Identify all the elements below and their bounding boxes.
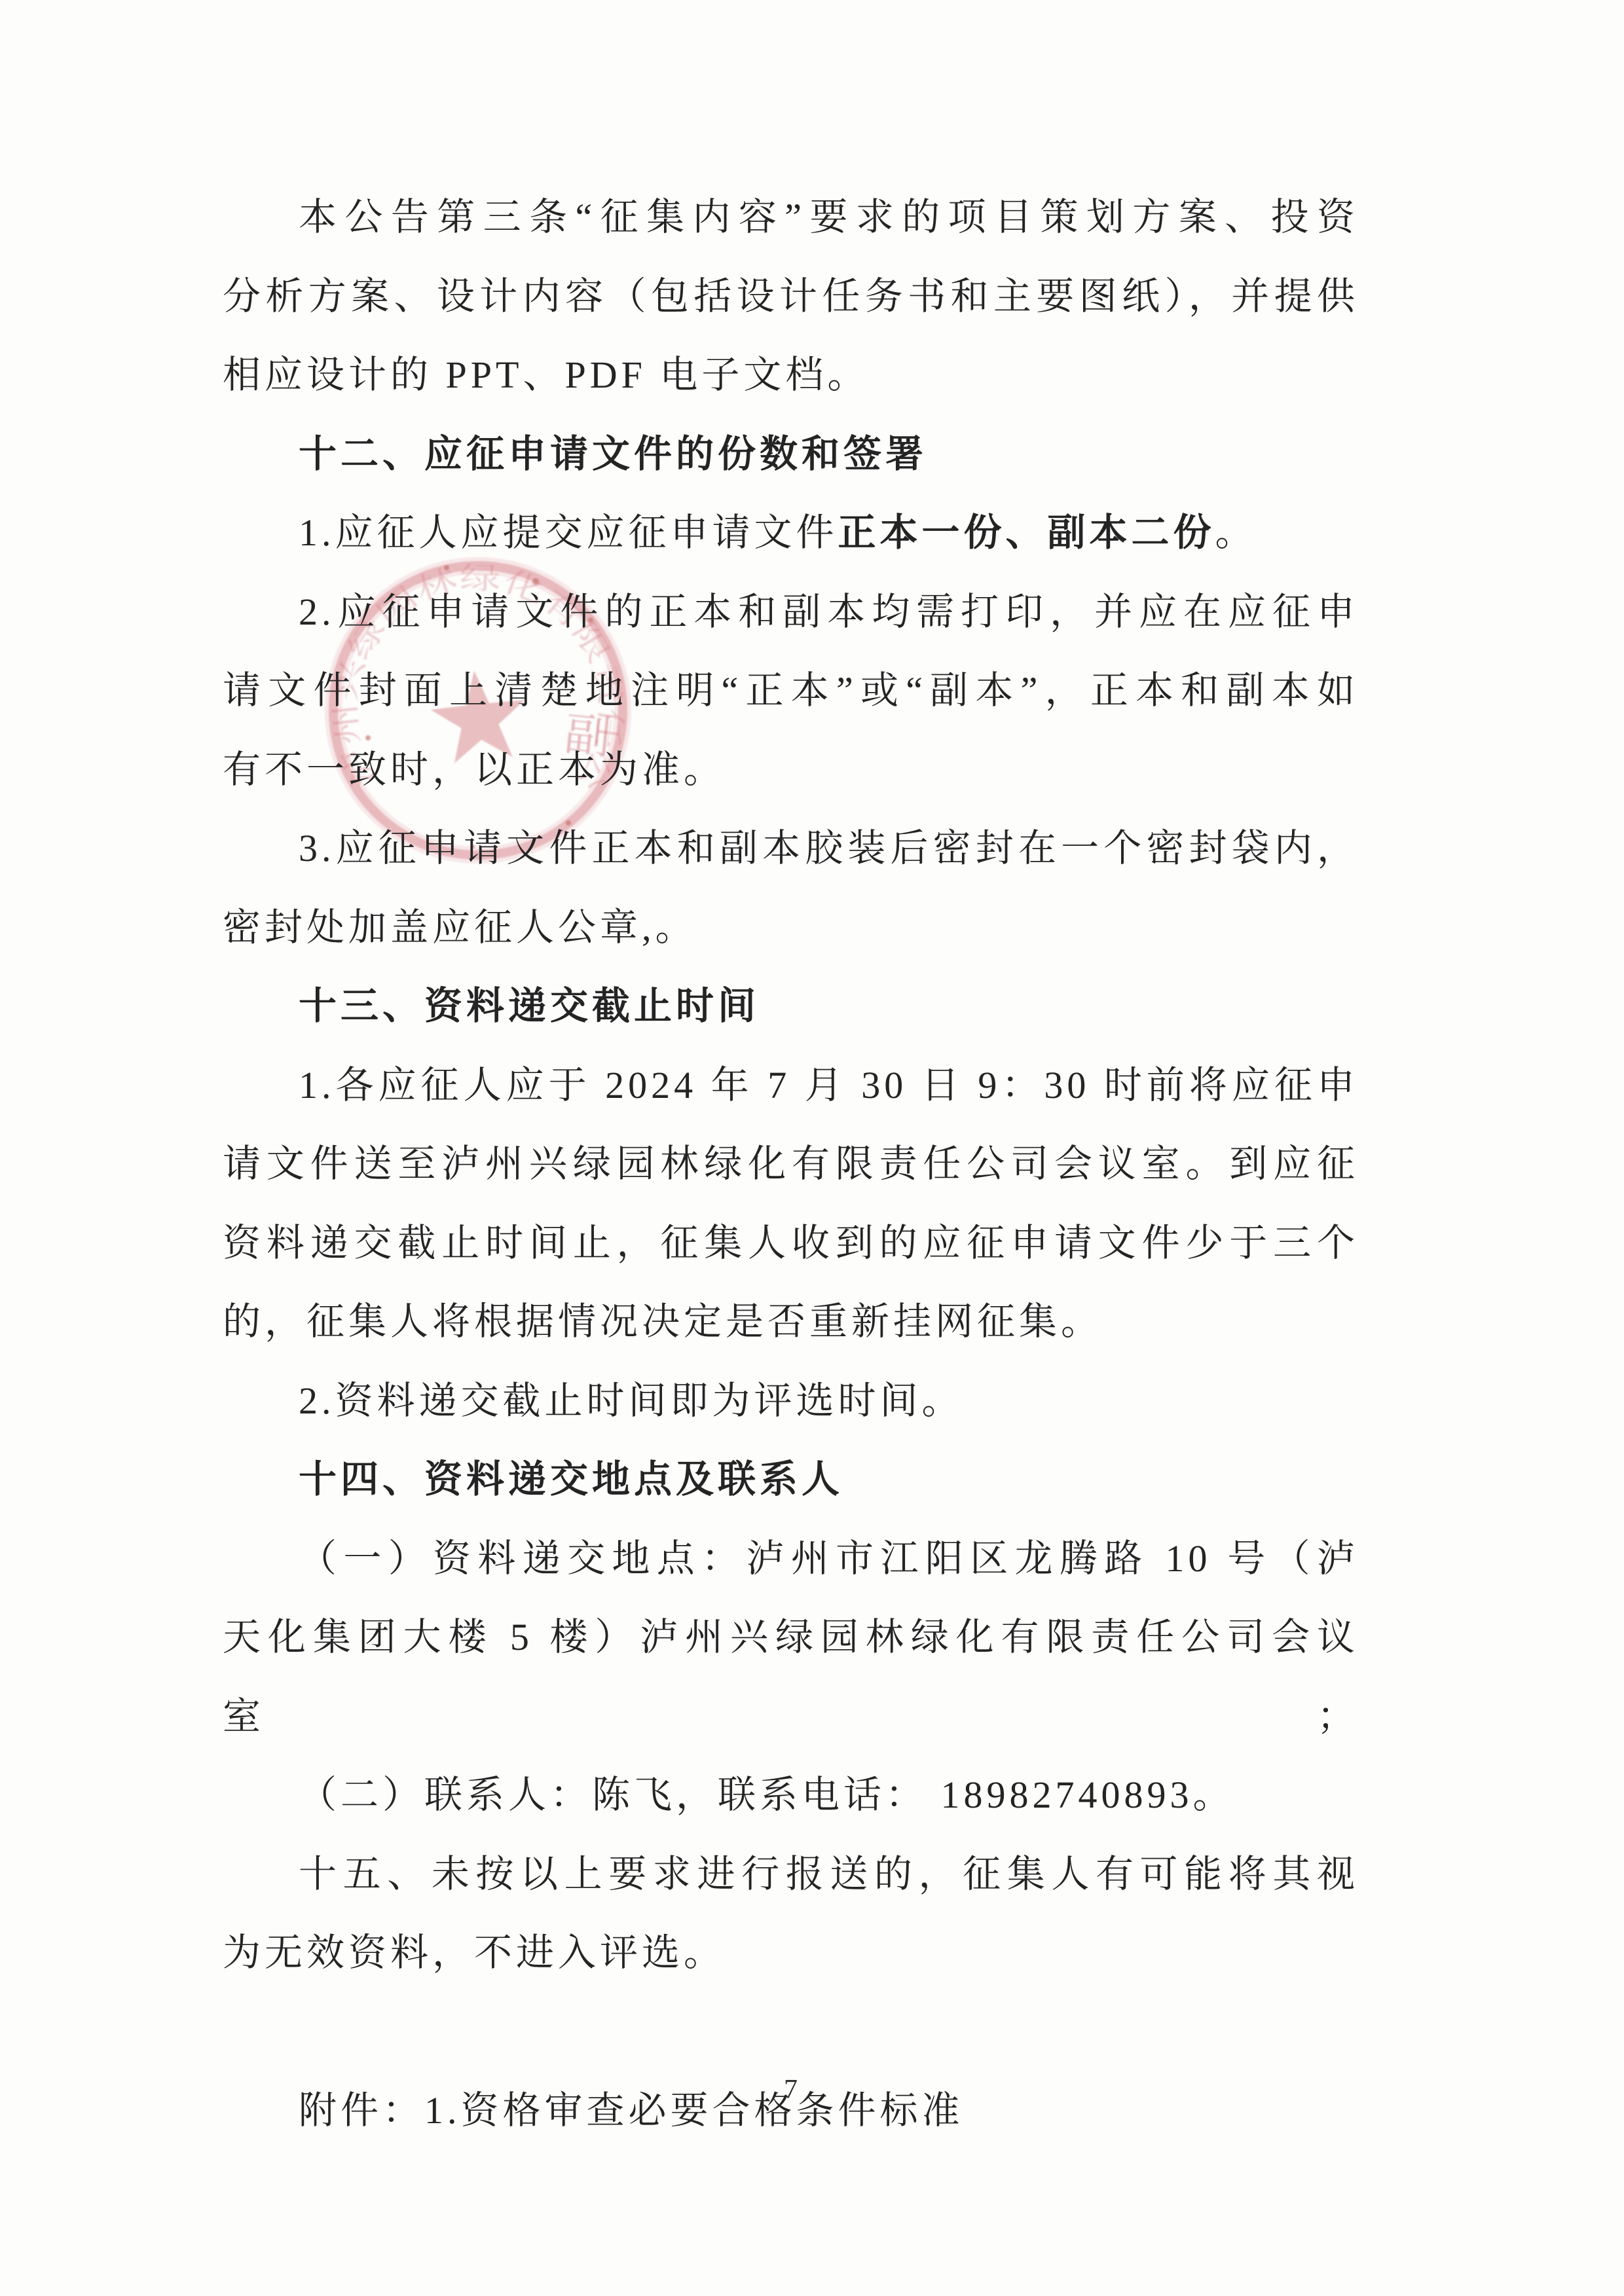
doc-heading: 十二、应征申请文件的份数和签署: [223, 415, 1359, 494]
doc-line: 有不一致时，以正本为准。: [223, 731, 1359, 810]
text-segment: 十三、资料递交截止时间: [299, 985, 760, 1027]
document-body: 本公告第三条“征集内容”要求的项目策划方案、投资 分析方案、设计内容（包括设计任…: [223, 178, 1359, 2151]
doc-line: 请文件送至泸州兴绿园林绿化有限责任公司会议室。到应征: [223, 1125, 1359, 1204]
text-segment: 1.各应征人应于 2024 年 7 月 30 日 9：30 时前将应征申: [299, 1064, 1359, 1106]
text-segment: 相应设计的 PPT、PDF 电子文档。: [223, 354, 869, 396]
doc-line: 十五、未按以上要求进行报送的，征集人有可能将其视: [223, 1835, 1359, 1914]
text-segment: 密封处加盖应征人公章,。: [223, 906, 697, 949]
doc-line: 2.应征申请文件的正本和副本均需打印，并应在应征申: [223, 573, 1359, 652]
text-segment: 有不一致时，以正本为准。: [223, 748, 726, 791]
doc-line: 的，征集人将根据情况决定是否重新挂网征集。: [223, 1283, 1359, 1362]
doc-line: 3.应征申请文件正本和副本胶装后密封在一个密封袋内，: [223, 809, 1359, 888]
doc-line: 1.各应征人应于 2024 年 7 月 30 日 9：30 时前将应征申: [223, 1046, 1359, 1125]
text-segment: 1.应征人应提交应征申请文件: [299, 511, 838, 554]
doc-blank-line: [223, 1993, 1359, 2072]
text-segment: 十四、资料递交地点及联系人: [299, 1458, 843, 1501]
doc-line: 密封处加盖应征人公章,。: [223, 888, 1359, 968]
doc-line: 分析方案、设计内容（包括设计任务书和主要图纸），并提供: [223, 257, 1359, 337]
doc-line: 2.资料递交截止时间即为评选时间。: [223, 1362, 1359, 1441]
document-page: 泸州兴绿园林绿化有限责任公司 副 本公告第三条“征集内容”要求的项目策划方案、投…: [0, 0, 1624, 2296]
doc-line: 1.应征人应提交应征申请文件正本一份、副本二份。: [223, 494, 1359, 573]
doc-heading: 十四、资料递交地点及联系人: [223, 1440, 1359, 1520]
text-segment: 3.应征申请文件正本和副本胶装后密封在一个密封袋内，: [299, 827, 1359, 869]
doc-line: 天化集团大楼 5 楼）泸州兴绿园林绿化有限责任公司会议室；: [223, 1598, 1359, 1756]
text-segment: 十五、未按以上要求进行报送的，征集人有可能将其视: [299, 1853, 1359, 1895]
doc-line: 为无效资料，不进入评选。: [223, 1914, 1359, 1993]
text-segment: 十二、应征申请文件的份数和签署: [299, 433, 927, 475]
text-segment: 2.应征申请文件的正本和副本均需打印，并应在应征申: [299, 591, 1359, 633]
text-segment: 天化集团大楼 5 楼）泸州兴绿园林绿化有限责任公司会议室；: [223, 1616, 1359, 1738]
text-segment: 资料递交截止时间止，征集人收到的应征申请文件少于三个: [223, 1222, 1359, 1264]
text-segment: 的，征集人将根据情况决定是否重新挂网征集。: [223, 1300, 1103, 1343]
text-segment: （一）资料递交地点：泸州市江阳区龙腾路 10 号（泸: [299, 1537, 1359, 1580]
text-segment: 请文件封面上清楚地注明“正本”或“副本”，正本和副本如: [223, 669, 1359, 712]
doc-line: 本公告第三条“征集内容”要求的项目策划方案、投资: [223, 178, 1359, 257]
text-segment: 2.资料递交截止时间即为评选时间。: [299, 1379, 964, 1422]
text-segment: 正本一份、副本二份: [838, 511, 1215, 554]
page-number: 7: [223, 2074, 1359, 2105]
doc-line: 资料递交截止时间止，征集人收到的应征申请文件少于三个: [223, 1204, 1359, 1283]
text-segment: （二）联系人：陈飞，联系电话： 18982740893。: [299, 1774, 1235, 1816]
text-segment: 为无效资料，不进入评选。: [223, 1931, 726, 1974]
text-segment: 请文件送至泸州兴绿园林绿化有限责任公司会议室。到应征: [223, 1142, 1359, 1185]
text-segment: 本公告第三条“征集内容”要求的项目策划方案、投资: [299, 196, 1359, 238]
doc-line: （一）资料递交地点：泸州市江阳区龙腾路 10 号（泸: [223, 1520, 1359, 1599]
doc-line: （二）联系人：陈飞，联系电话： 18982740893。: [223, 1756, 1359, 1835]
text-segment: 。: [1215, 511, 1257, 554]
doc-heading: 十三、资料递交截止时间: [223, 967, 1359, 1046]
doc-line: 相应设计的 PPT、PDF 电子文档。: [223, 336, 1359, 415]
text-segment: 分析方案、设计内容（包括设计任务书和主要图纸），并提供: [223, 275, 1359, 318]
doc-line: 请文件封面上清楚地注明“正本”或“副本”，正本和副本如: [223, 651, 1359, 731]
